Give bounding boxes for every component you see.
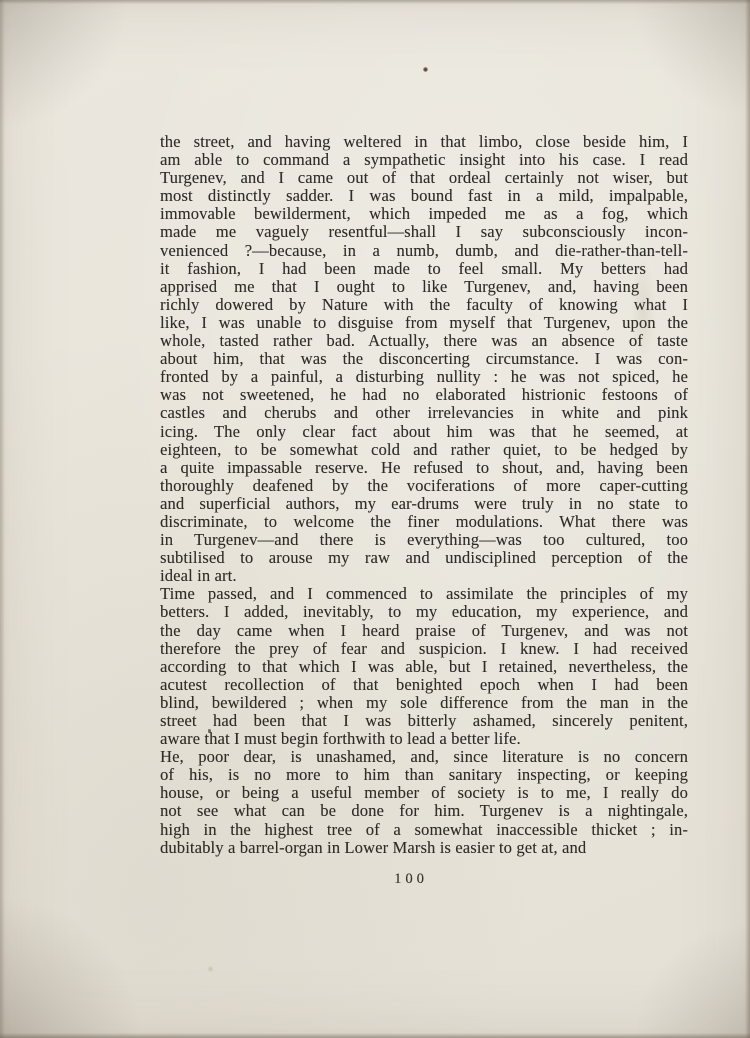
text-line: aware that I must begin forthwith to lea…	[160, 730, 688, 748]
text-line: castles and cherubs and other irrelevanc…	[160, 404, 688, 422]
text-line: He, poor dear, is unashamed, and, since …	[160, 748, 688, 766]
text-line: whole, tasted rather bad. Actually, ther…	[160, 332, 688, 350]
text-line: richly dowered by Nature with the facult…	[160, 296, 688, 314]
text-line: Turgenev, and I came out of that ordeal …	[160, 169, 688, 187]
text-line: was not sweetened, he had no elaborated …	[160, 386, 688, 404]
text-line: fronted by a painful, a disturbing nulli…	[160, 368, 688, 386]
text-line: street had been that I was bitterly asha…	[160, 712, 688, 730]
text-line: immovable bewilderment, which impeded me…	[160, 205, 688, 223]
text-line: most distinctly sadder. I was bound fast…	[160, 187, 688, 205]
paragraph: the street, and having weltered in that …	[160, 133, 688, 585]
text-line: house, or being a useful member of socie…	[160, 784, 688, 802]
text-line: blind, bewildered ; when my sole differe…	[160, 694, 688, 712]
text-line: and superficial authors, my ear-drums we…	[160, 495, 688, 513]
text-line: acutest recollection of that benighted e…	[160, 676, 688, 694]
text-line: in Turgenev—and there is everything—was …	[160, 531, 688, 549]
text-line: icing. The only clear fact about him was…	[160, 423, 688, 441]
text-line: it fashion, I had been made to feel smal…	[160, 260, 688, 278]
text-line: made me vaguely resentful—shall I say su…	[160, 223, 688, 241]
text-line: the day came when I heard praise of Turg…	[160, 622, 688, 640]
text-line: Time passed, and I commenced to assimila…	[160, 585, 688, 603]
text-line: of his, is no more to him than sanitary …	[160, 766, 688, 784]
text-line: about him, that was the disconcerting ci…	[160, 350, 688, 368]
text-line: dubitably a barrel-organ in Lower Marsh …	[160, 839, 688, 857]
paper-speck	[423, 67, 428, 72]
text-line: eighteen, to be somewhat cold and rather…	[160, 441, 688, 459]
text-line: betters. I added, inevitably, to my educ…	[160, 603, 688, 621]
text-line: not see what can be done for him. Turgen…	[160, 802, 688, 820]
text-line: a quite impassable reserve. He refused t…	[160, 459, 688, 477]
paper-speck	[207, 966, 214, 972]
page-text: the street, and having weltered in that …	[160, 133, 688, 857]
text-line: the street, and having weltered in that …	[160, 133, 688, 151]
text-line: subtilised to arouse my raw and undiscip…	[160, 549, 688, 567]
text-line: venienced ?—because, in a numb, dumb, an…	[160, 242, 688, 260]
text-line: according to that which I was able, but …	[160, 658, 688, 676]
page-number: 100	[147, 871, 675, 888]
text-line: therefore the prey of fear and suspicion…	[160, 640, 688, 658]
text-line: discriminate, to welcome the finer modul…	[160, 513, 688, 531]
paragraph: He, poor dear, is unashamed, and, since …	[160, 748, 688, 857]
paragraph: Time passed, and I commenced to assimila…	[160, 585, 688, 748]
text-line: high in the highest tree of a somewhat i…	[160, 821, 688, 839]
book-page: the street, and having weltered in that …	[0, 0, 750, 1038]
text-line: thoroughly deafened by the vociferations…	[160, 477, 688, 495]
text-line: apprised me that I ought to like Turgene…	[160, 278, 688, 296]
text-line: ideal in art.	[160, 567, 688, 585]
text-line: like, I was unable to disguise from myse…	[160, 314, 688, 332]
text-line: am able to command a sympathetic insight…	[160, 151, 688, 169]
